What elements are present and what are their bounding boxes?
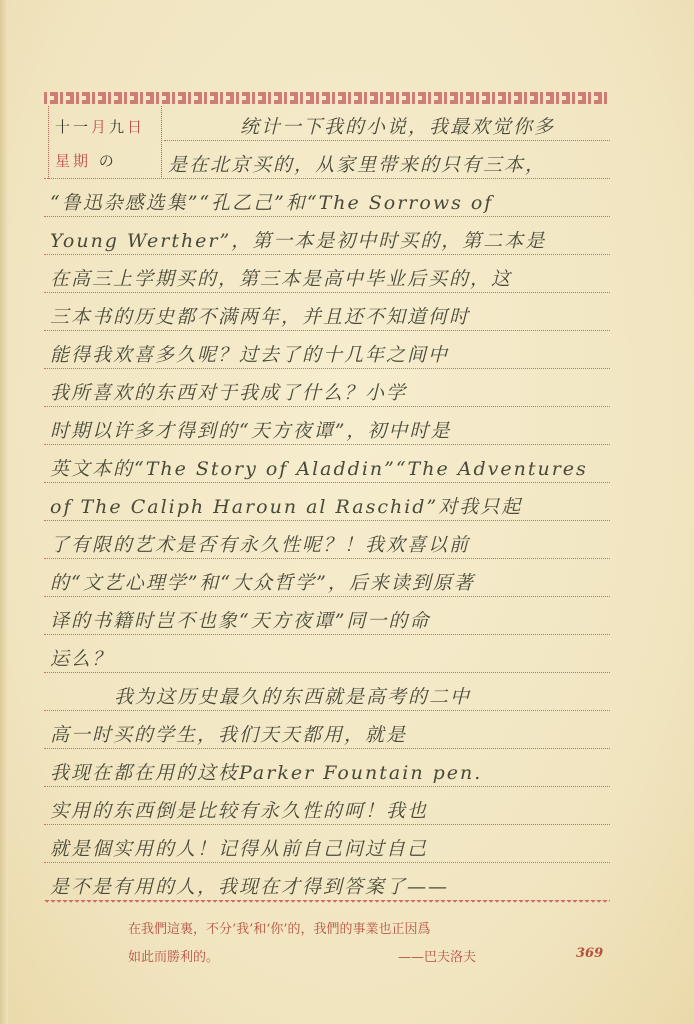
- ruled-line: [44, 178, 610, 179]
- handwritten-line: 就是個实用的人！记得从前自己问过自己: [50, 834, 606, 861]
- date-box: 十一月九日 星期 の: [48, 106, 162, 179]
- weekday-number: の: [99, 152, 117, 170]
- ruled-line: [164, 140, 610, 141]
- handwritten-line: 实用的东西倒是比较有永久性的呵！我也: [50, 796, 606, 823]
- ruled-line: [44, 596, 610, 597]
- handwritten-line: 我所喜欢的东西对于我成了什么？小学: [50, 378, 606, 405]
- handwritten-line: of The Caliph Haroun al Raschid”对我只起: [50, 492, 606, 519]
- date-row: 十一月九日: [55, 116, 145, 137]
- month-label: 月: [91, 118, 109, 136]
- quote-attribution: ——巴夫洛夫: [398, 946, 476, 965]
- quote-line-2: 如此而勝利的。: [128, 946, 219, 965]
- handwritten-line: 时期以许多才得到的“天方夜谭”，初中时是: [50, 416, 606, 443]
- handwritten-line: 在高三上学期买的，第三本是高中毕业后买的，这: [50, 264, 606, 291]
- diary-page: 十一月九日 星期 の 统计一下我的小说，我最欢觉你多 是在北京买的，从家里带来的…: [44, 92, 610, 904]
- ruled-line: [44, 710, 610, 711]
- handwritten-line: Young Werther”，第一本是初中时买的，第二本是: [50, 226, 606, 253]
- handwritten-line: 我为这历史最久的东西就是高考的二中: [114, 682, 604, 709]
- zigzag-bottom-border: [44, 900, 610, 906]
- ruled-line: [44, 786, 610, 787]
- handwritten-line: 了有限的艺术是否有永久性呢？！我欢喜以前: [50, 530, 606, 557]
- ruled-line: [44, 482, 610, 483]
- month-number: 十一: [55, 118, 91, 136]
- handwritten-line: “鲁迅杂感选集”“孔乙己”和“The Sorrows of: [50, 188, 606, 215]
- day-label: 日: [127, 118, 145, 136]
- ruled-line: [44, 368, 610, 369]
- ruled-line: [44, 862, 610, 863]
- ruled-line: [44, 748, 610, 749]
- ruled-line: [44, 216, 610, 217]
- handwritten-line: 统计一下我的小说，我最欢觉你多: [240, 112, 610, 139]
- handwritten-line: 高一时买的学生，我们天天都用，就是: [50, 720, 606, 747]
- quote-line-1: 在我們這裏，不分‘我’和‘你’的，我們的事業也正因爲: [128, 918, 431, 937]
- ruled-line: [44, 672, 610, 673]
- handwritten-line: 运么？: [50, 644, 606, 671]
- weekday-label: 星期: [55, 152, 91, 170]
- handwritten-line: 是在北京买的，从家里带来的只有三本，: [168, 150, 608, 177]
- handwritten-line: 译的书籍时岂不也象“天方夜谭”同一的命: [50, 606, 606, 633]
- handwritten-line: 我现在都在用的这枝Parker Fountain pen.: [50, 758, 606, 785]
- ruled-line: [44, 292, 610, 293]
- handwritten-line: 英文本的“The Story of Aladdin”“The Adventure…: [50, 454, 606, 481]
- page-number: 369: [576, 946, 603, 961]
- ruled-line: [44, 520, 610, 521]
- greek-key-border: [44, 92, 610, 104]
- handwritten-line: 能得我欢喜多久呢？过去了的十几年之间中: [50, 340, 606, 367]
- ruled-line: [44, 824, 610, 825]
- handwritten-line: 三本书的历史都不满两年，并且还不知道何时: [50, 302, 606, 329]
- weekday-row: 星期 の: [55, 150, 117, 171]
- ruled-line: [44, 558, 610, 559]
- handwritten-line: 是不是有用的人，我现在才得到答案了——: [50, 872, 606, 899]
- handwritten-line: 的“文艺心理学”和“大众哲学”，后来读到原著: [50, 568, 606, 595]
- ruled-line: [44, 254, 610, 255]
- ruled-line: [44, 406, 610, 407]
- ruled-line: [44, 444, 610, 445]
- page-binding-edge: [0, 0, 8, 1024]
- day-number: 九: [109, 118, 127, 136]
- ruled-line: [44, 330, 610, 331]
- ruled-line: [44, 634, 610, 635]
